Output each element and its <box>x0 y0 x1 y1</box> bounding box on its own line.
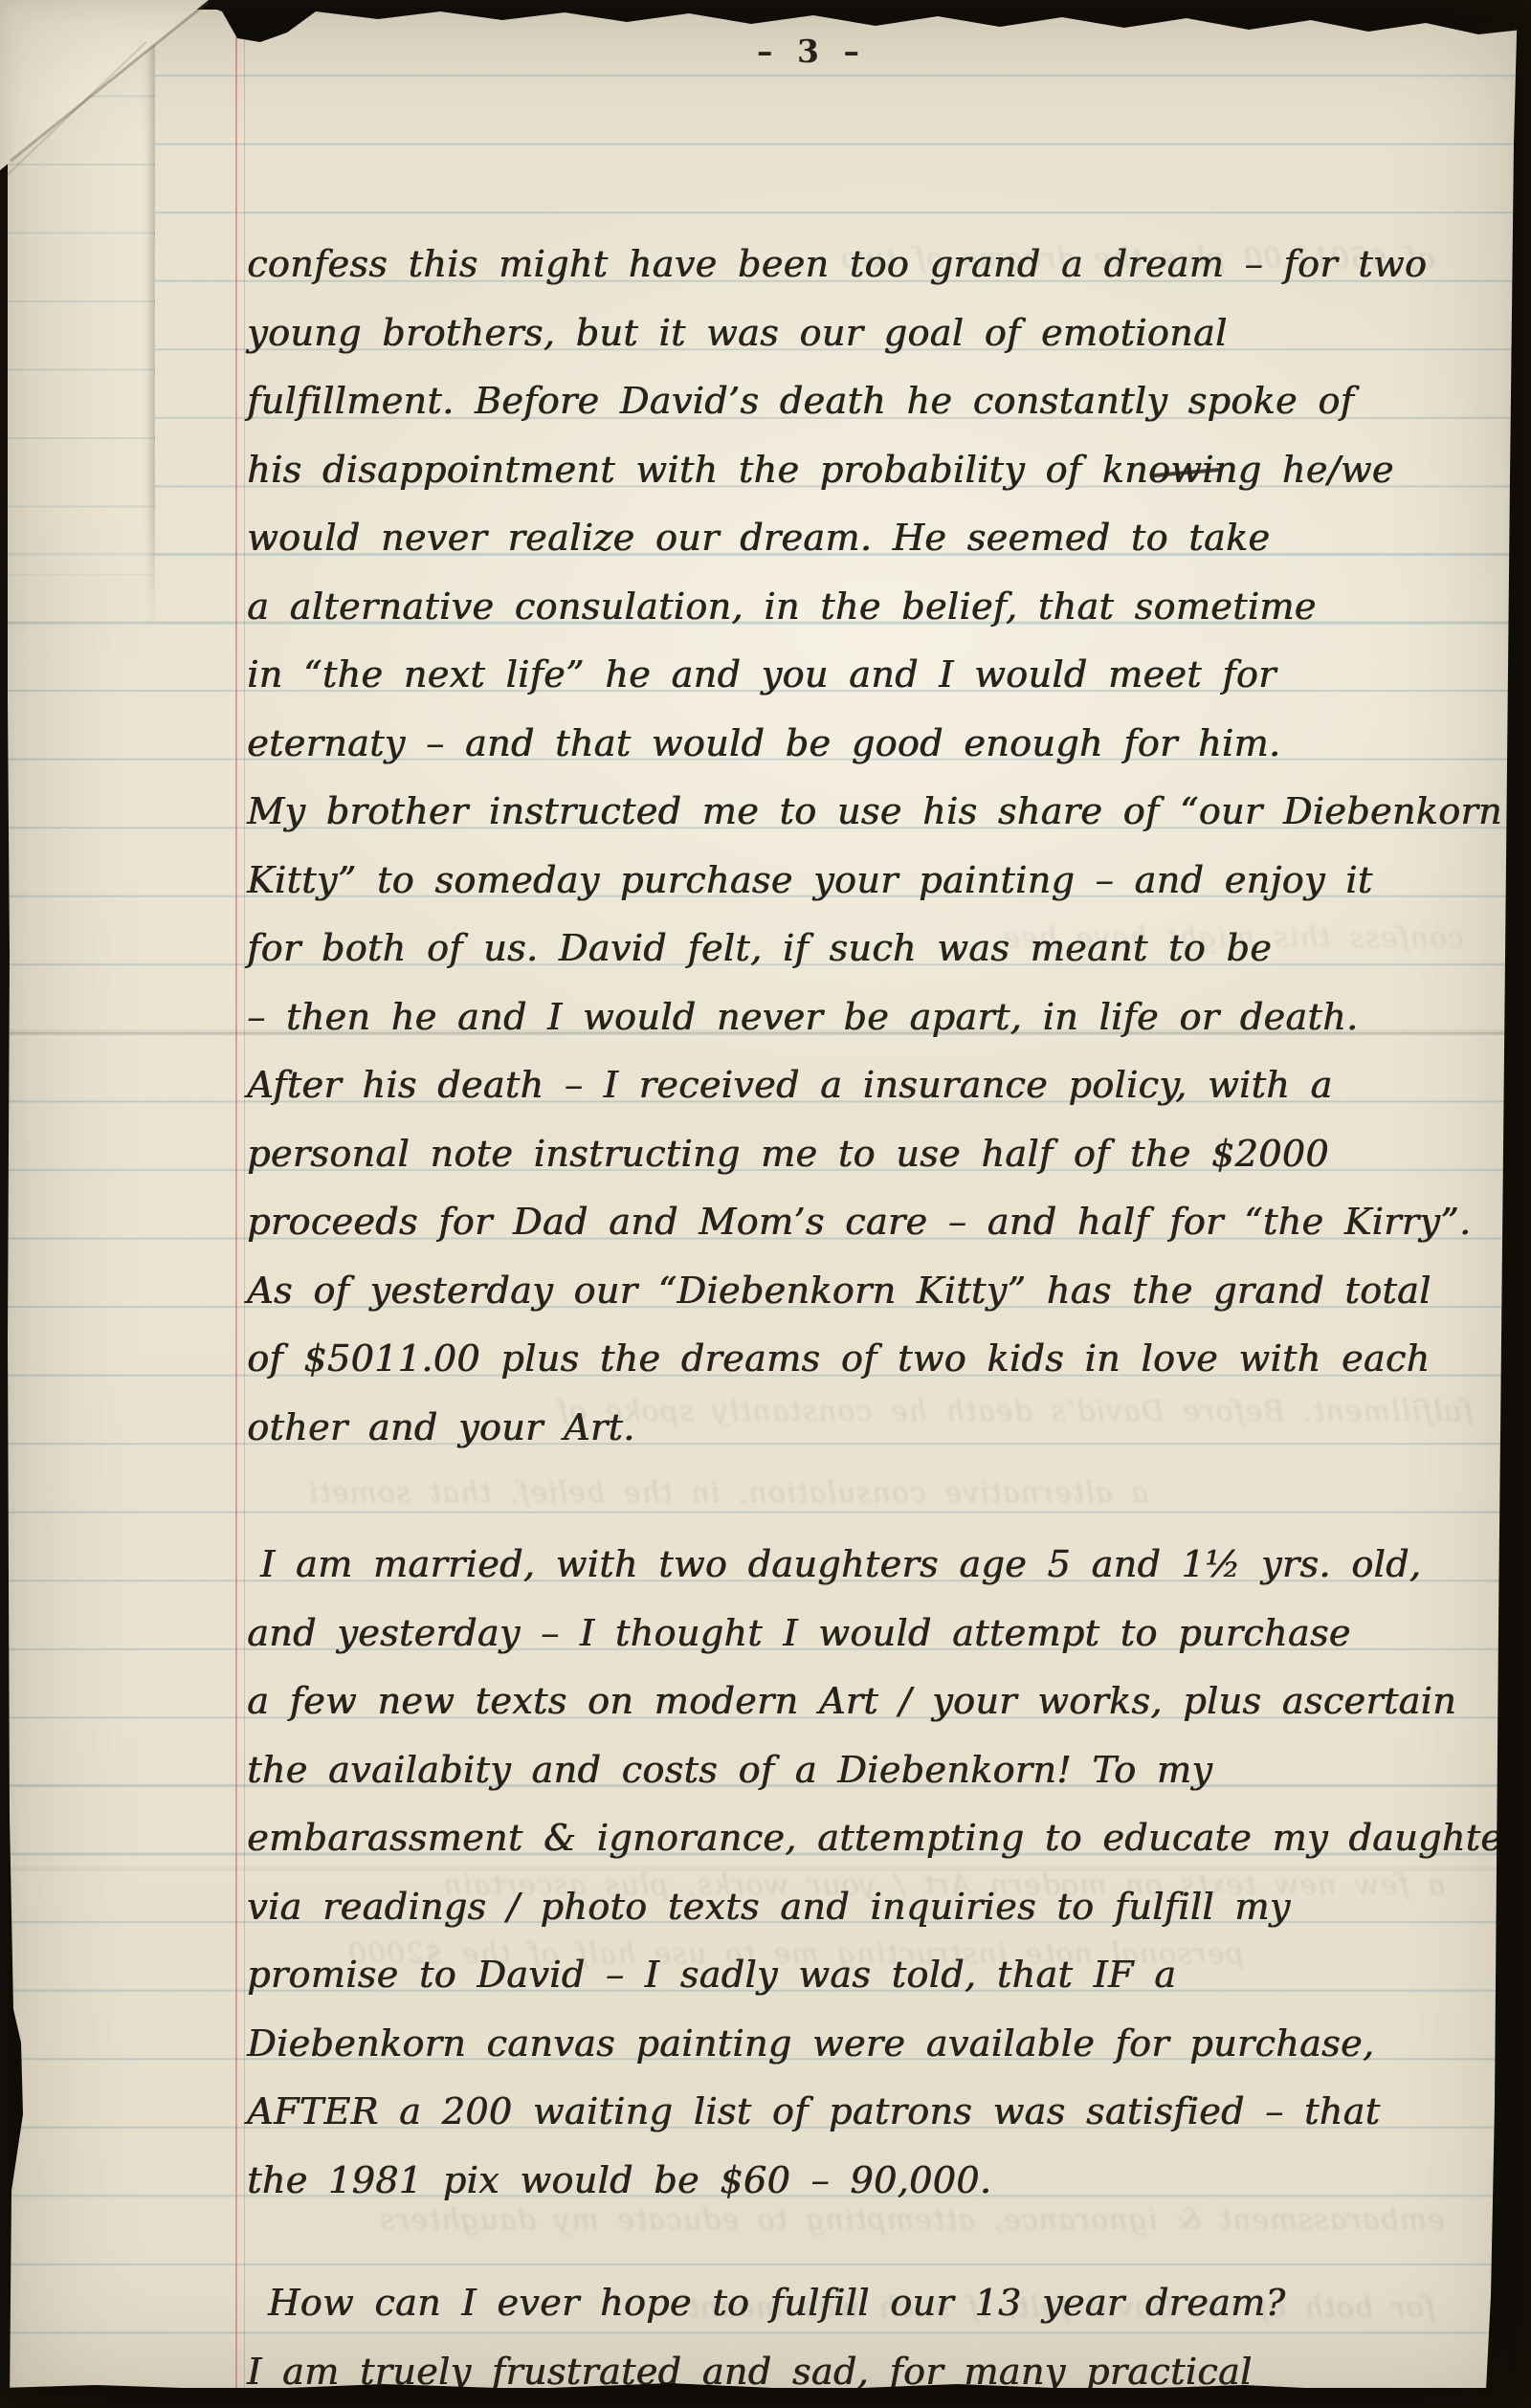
handwritten-line: of $5011.00 plus the dreams of two kids … <box>247 1325 1515 1394</box>
handwritten-line: After his death – I received a insurance… <box>247 1051 1515 1120</box>
handwritten-line: How can I ever hope to fulfill our 13 ye… <box>247 2269 1515 2338</box>
handwritten-line: personal note instructing me to use half… <box>247 1120 1515 1189</box>
handwritten-line: I am truely frustrated and sad, for many… <box>247 2338 1515 2389</box>
handwritten-line: young brothers, but it was our goal of e… <box>247 299 1515 368</box>
handwritten-line: – then he and I would never be apart, in… <box>247 983 1515 1052</box>
paragraph-2: I am married, with two daughters age 5 a… <box>247 1531 1515 2215</box>
handwritten-line: Kitty” to someday purchase your painting… <box>247 847 1515 916</box>
handwritten-line: Diebenkorn canvas painting were availabl… <box>247 2010 1515 2079</box>
handwritten-line: AFTER a 200 waiting list of patrons was … <box>247 2078 1515 2147</box>
handwritten-line: fulfillment. Before David’s death he con… <box>247 367 1515 436</box>
handwritten-line: via readings / photo texts and inquiries… <box>247 1873 1515 1942</box>
handwritten-line: and yesterday – I thought I would attemp… <box>247 1600 1515 1668</box>
handwritten-line: would never realize our dream. He seemed… <box>247 504 1515 573</box>
handwritten-line: his disappointment with the probability … <box>247 436 1515 505</box>
handwritten-line: proceeds for Dad and Mom’s care – and ha… <box>247 1188 1515 1257</box>
handwritten-line: the 1981 pix would be $60 – 90,000. <box>247 2147 1515 2216</box>
paragraph-1: confess this might have been too grand a… <box>247 231 1515 1462</box>
handwritten-line: confess this might have been too grand a… <box>247 231 1515 299</box>
handwritten-line: My brother instructed me to use his shar… <box>247 778 1515 847</box>
paragraph-3: How can I ever hope to fulfill our 13 ye… <box>247 2269 1515 2388</box>
handwritten-line: for both of us. David felt, if such was … <box>247 915 1515 983</box>
handwritten-line: other and your Art. <box>247 1394 1515 1463</box>
scanned-letter: of $5011.00 plus the dreams of two kids … <box>0 0 1531 2408</box>
handwritten-line: in “the next life” he and you and I woul… <box>247 641 1515 710</box>
handwritten-line: a alternative consulation, in the belief… <box>247 573 1515 642</box>
handwritten-line: the availabity and costs of a Diebenkorn… <box>247 1736 1515 1805</box>
letter-sheet: of $5011.00 plus the dreams of two kids … <box>8 10 1518 2388</box>
margin-line <box>235 10 245 2388</box>
handwritten-line: eternaty – and that would be good enough… <box>247 710 1515 779</box>
handwritten-line: I am married, with two daughters age 5 a… <box>247 1531 1515 1600</box>
handwritten-line: promise to David – I sadly was told, tha… <box>247 1941 1515 2010</box>
handwritten-line: embarassment & ignorance, attempting to … <box>247 1804 1515 1873</box>
bleedthrough-text: a alternative consulation, in the belief… <box>306 1473 1148 1513</box>
handwritten-line: a few new texts on modern Art / your wor… <box>247 1668 1515 1736</box>
page-number: – 3 – <box>754 33 869 70</box>
handwritten-line: As of yesterday our “Diebenkorn Kitty” h… <box>247 1257 1515 1326</box>
